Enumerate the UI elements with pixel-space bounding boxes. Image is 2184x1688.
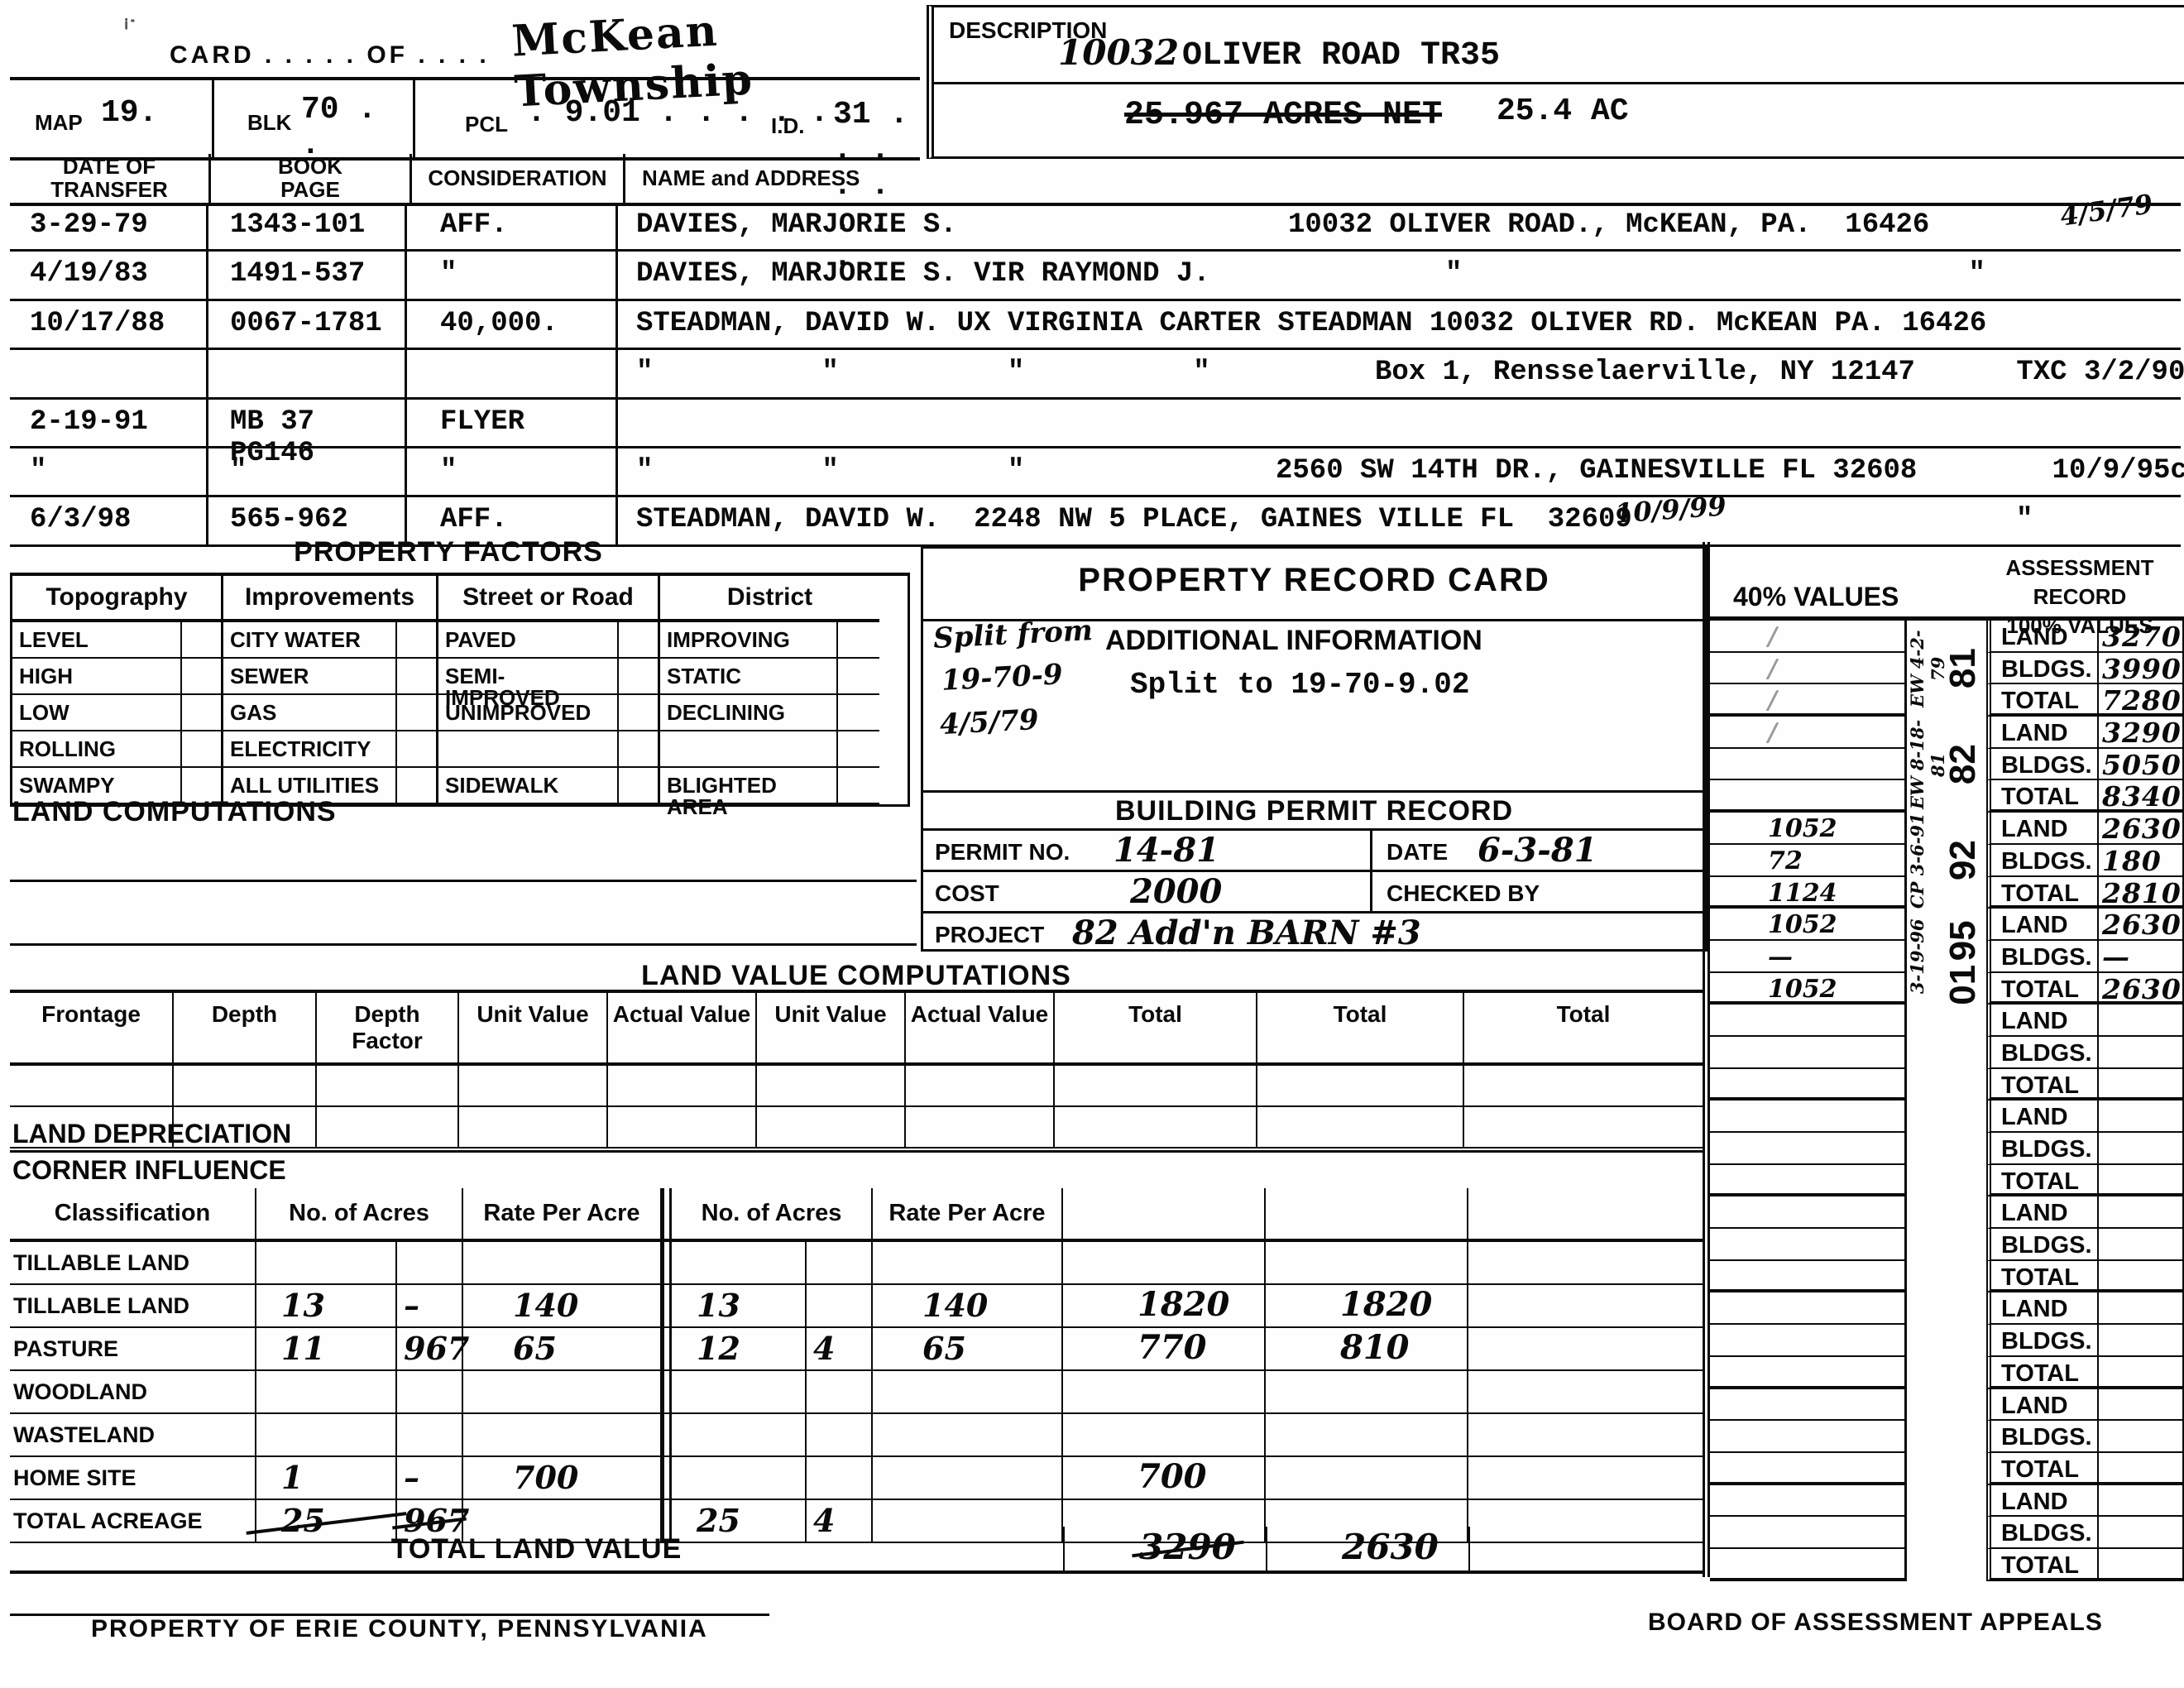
assessment-row-label: BLDGS. [1986,749,2097,781]
corner-influence-label: CORNER INFLUENCE [12,1155,286,1186]
col-header-name-address: NAME and ADDRESS [625,154,2181,203]
assessment-row-label: TOTAL [1986,1453,2097,1485]
cls-row-name: TILLABLE LAND [10,1242,256,1285]
assessment-row-label: LAND [1986,1292,2097,1325]
split-from-date: 4/5/79 [939,703,1039,741]
cls-header-rate-1: Rate Per Acre [463,1188,662,1242]
lvc-header-total-1: Total [1055,993,1257,1066]
transfer-row: " " " " Box 1, Rensselaerville, NY 12147… [10,350,2181,399]
cls-acres-frac-2 [807,1414,873,1457]
assessment-row-label: TOTAL [1986,780,2097,813]
assessment-row-label: TOTAL [1986,1069,2097,1101]
permit-date-label: DATE [1387,839,1448,866]
assessment-value: 8340 [2097,780,2184,813]
col-header-consideration-text: CONSIDERATION [428,167,606,189]
lvc-header-actual-value-1: Actual Value [608,993,757,1066]
forty-percent-value [1710,1196,1907,1229]
map-value: 19. [101,95,157,131]
assessment-value: 2810 [2097,877,2184,909]
cls-rate-2 [873,1371,1063,1414]
assessment-value [2097,1453,2184,1485]
assessment-row-label: LAND [1986,1196,2097,1229]
assessment-value [2097,1133,2184,1165]
assessment-value: 180 [2097,845,2184,877]
assessment-row-label: BLDGS. [1986,1037,2097,1069]
total-land-value-new: 2630 [1342,1527,1439,1567]
lvc-header-depth: Depth [174,993,317,1066]
transfer-name-address: DAVIES, MARJORIE S. VIR RAYMOND J. " " [618,252,2181,298]
description-house-number: 10032 [1058,32,1179,73]
forty-percent-value: 72 [1710,845,1907,877]
assessment-row-label: BLDGS. [1986,1421,2097,1453]
transfer-address: 10032 OLIVER ROAD., McKEAN, PA. 16426 [1288,209,1929,241]
cls-acres-frac-1 [397,1371,463,1414]
cls-rate-2: 140 [873,1285,1063,1328]
factor-checkbox [397,768,438,804]
cls-divider [662,1414,672,1457]
cls-divider [662,1285,672,1328]
property-factors-title: PROPERTY FACTORS [10,536,887,568]
transfer-handwritten-note: 10/9/99 [1614,491,1727,530]
assessment-row-label: TOTAL [1986,973,2097,1005]
col-header-date-of-transfer: DATE OF TRANSFER [10,154,211,203]
factor-checkbox [838,768,879,804]
lvc-empty-cell [317,1107,459,1149]
assessment-row-label: BLDGS. [1986,1517,2097,1549]
lvc-empty-cell [757,1107,906,1149]
lvc-empty-cell [317,1066,459,1107]
transfer-consideration: AFF. [407,203,618,249]
transfer-name: STEADMAN, DAVID W. UX VIRGINIA CARTER ST… [636,308,1986,339]
cls-header-rate-2: Rate Per Acre [873,1188,1063,1242]
assessor-date-note [1907,1389,1947,1485]
cls-total-3 [1468,1285,1703,1328]
permit-date-value: 6-3-81 [1478,831,1597,870]
lvc-empty-cell [174,1066,317,1107]
transfer-address: " [2016,504,2033,535]
cost-value: 2000 [1130,872,1222,911]
lvc-empty-cell [459,1107,608,1149]
assessment-value [2097,1357,2184,1389]
forty-percent-values-header: 40% VALUES [1733,582,1899,612]
lvc-empty-cell [1257,1066,1464,1107]
factor-item: GAS [223,695,397,731]
assessment-value: 2630 [2097,973,2184,1005]
factor-checkbox [182,622,223,659]
rule-line [10,1150,1703,1153]
col-header-date-line1: DATE OF [63,156,156,178]
assessment-row-label: BLDGS. [1986,1325,2097,1357]
lvc-header-unit-value-2: Unit Value [757,993,906,1066]
cls-acres-1: 1 [256,1457,397,1500]
forty-percent-value [1710,1037,1907,1069]
cls-total-3 [1468,1328,1703,1371]
assessment-year: 82 [1947,717,1986,813]
factor-item [438,731,619,768]
transfer-rows: 3-29-79 1343-101 AFF. DAVIES, MARJORIE S… [10,203,2181,547]
corner-mark: ⁱ˙ [124,15,136,44]
transfer-date: " [10,448,208,495]
transfer-name: " " " [636,455,1024,487]
assessment-year: 81 [1947,621,1986,717]
transfer-name: STEADMAN, DAVID W. 2248 NW 5 PLACE, GAIN… [636,504,1632,535]
factor-item: PAVED [438,622,619,659]
cls-acres-2: 13 [672,1285,807,1328]
lvc-header-frontage: Frontage [10,993,174,1066]
transfer-consideration: 40,000. [407,301,618,348]
split-from-note: Split from [932,614,1094,655]
assessment-row-label: LAND [1986,717,2097,749]
project-label: PROJECT [935,922,1044,948]
assessment-panel: 40% VALUES ASSESSMENT RECORD 100% VALUES… [1703,542,2184,1577]
cls-header-total-blank-1 [1063,1188,1266,1242]
transfer-name: DAVIES, MARJORIE S. VIR RAYMOND J. [636,258,1210,290]
transfer-row: " " " " " " 2560 SW 14TH DR., GAINESVILL… [10,448,2181,497]
factor-checkbox [182,695,223,731]
assessment-value [2097,1325,2184,1357]
description-row: DESCRIPTION 10032 OLIVER ROAD TR35 [934,7,2184,84]
transfer-date [10,350,208,396]
factor-checkbox [838,622,879,659]
factors-col-improvements: Improvements [223,576,438,622]
cls-total-3 [1468,1457,1703,1500]
forty-percent-value [1710,1133,1907,1165]
cls-total-1 [1063,1371,1266,1414]
cls-header-total-blank-3 [1468,1188,1703,1242]
assessment-value [2097,1005,2184,1037]
cls-acres-frac-1 [397,1242,463,1285]
cls-row-name: PASTURE [10,1328,256,1371]
col-header-book-line2: PAGE [280,179,340,201]
permit-row-1: PERMIT NO. 14-81 DATE 6-3-81 [923,828,1705,872]
assessor-date-note [1907,1005,1947,1101]
assessment-row-label: LAND [1986,1005,2097,1037]
lvc-empty-cell [10,1066,174,1107]
transfer-consideration: " [407,252,618,298]
additional-information-box: ADDITIONAL INFORMATION Split to 19-70-9.… [921,616,1707,793]
cls-header-classification: Classification [10,1188,256,1242]
cls-total-1: 770 [1063,1328,1266,1371]
description-value: OLIVER ROAD TR35 [1182,37,1500,74]
lvc-header-total-3: Total [1464,993,1703,1066]
cls-divider [662,1457,672,1500]
assessment-row-label: LAND [1986,909,2097,941]
cls-rate-2 [873,1242,1063,1285]
cls-acres-frac-2: 4 [807,1328,873,1371]
assessment-row-label: BLDGS. [1986,845,2097,877]
total-land-value-new-cell: 2630 [1266,1527,1468,1571]
rule-line [10,880,917,882]
factor-item: LEVEL [12,622,182,659]
transfer-address: 2560 SW 14TH DR., GAINESVILLE FL 32608 1… [1276,455,2184,487]
total-land-value-empty-cell [1468,1527,1703,1571]
factor-item: SEMI-IMPROVED [438,659,619,695]
forty-percent-value [1710,1229,1907,1261]
transfer-row: 3-29-79 1343-101 AFF. DAVIES, MARJORIE S… [10,203,2181,252]
factor-item [660,731,838,768]
additional-information-label: ADDITIONAL INFORMATION [1105,625,1482,657]
assessment-value: 3990 [2097,653,2184,685]
assessment-value [2097,1389,2184,1422]
cls-acres-frac-1: 967 [397,1328,463,1371]
cls-total-2 [1266,1371,1468,1414]
assessment-value [2097,1196,2184,1229]
assessment-value [2097,1037,2184,1069]
property-record-card-title: PROPERTY RECORD CARD [923,562,1705,599]
assessment-row-label: LAND [1986,621,2097,653]
transfer-name-address: STEADMAN, DAVID W. UX VIRGINIA CARTER ST… [618,301,2181,348]
lvc-header-actual-value-2: Actual Value [906,993,1055,1066]
cls-acres-1: 11 [256,1328,397,1371]
cls-acres-1 [256,1371,397,1414]
land-value-computations-title: LAND VALUE COMPUTATIONS [10,960,1703,992]
cls-acres-frac-1: – [397,1285,463,1328]
cls-acres-frac-2 [807,1242,873,1285]
cls-acres-2 [672,1457,807,1500]
factors-col-street: Street or Road [438,576,660,622]
transfer-consideration: " [407,448,618,495]
building-permit-title: BUILDING PERMIT RECORD [923,795,1705,827]
assessment-year: 95 [1947,909,1986,972]
cost-label: COST [935,880,999,907]
forty-percent-value: 1124 [1710,877,1907,909]
cls-acres-1 [256,1242,397,1285]
total-land-value-old-cell: 3290 [1063,1527,1266,1571]
land-computations-title: LAND COMPUTATIONS [12,796,337,828]
assessor-date-note [1907,1292,1947,1388]
forty-percent-value [1710,1389,1907,1422]
factors-col-district: District [660,576,879,622]
cls-rate-1 [463,1371,662,1414]
total-land-value-row: TOTAL LAND VALUE 3290 2630 [10,1527,1703,1574]
property-record-card-scan: ⁱ˙ CARD . . . . . OF . . . . McKean Town… [0,0,2184,1688]
forty-percent-value: — [1710,941,1907,973]
forty-percent-value [1710,1517,1907,1549]
assessment-row-label: TOTAL [1986,1165,2097,1197]
factor-item: ELECTRICITY [223,731,397,768]
transfer-row: 2-19-91 MB 37 PG146 FLYER [10,400,2181,448]
cls-acres-frac-2 [807,1457,873,1500]
factor-item: BLIGHTED AREA [660,768,838,804]
cls-rate-2 [873,1414,1063,1457]
property-record-card-box: PROPERTY RECORD CARD [921,546,1707,621]
factor-checkbox [182,659,223,695]
factor-item: ROLLING [12,731,182,768]
factor-checkbox [838,695,879,731]
transfer-date: 4/19/83 [10,252,208,298]
transfer-name: " " " " [636,357,1210,388]
assessment-value [2097,1101,2184,1133]
factor-checkbox [619,768,660,804]
transfer-date: 10/17/88 [10,301,208,348]
forty-percent-value [1710,1292,1907,1325]
total-land-value-label: TOTAL LAND VALUE [10,1533,1063,1566]
cls-acres-2 [672,1242,807,1285]
assessment-year [1947,1196,1986,1292]
lvc-header-depth-factor: Depth Factor [317,993,459,1066]
transfer-name-address [618,400,2181,446]
factors-col-topography: Topography [12,576,223,622]
assessment-row-label: TOTAL [1986,1357,2097,1389]
forty-percent-value: 1052 [1710,973,1907,1005]
assessor-date-note: CP 3-6-91 [1907,813,1947,909]
lvc-header-unit-value-1: Unit Value [459,993,608,1066]
footer-county-text: PROPERTY OF ERIE COUNTY, PENNSYLVANIA [91,1615,708,1643]
cls-acres-frac-2 [807,1285,873,1328]
map-label: MAP [35,110,83,136]
map-cell: MAP 19. [10,80,214,157]
transfer-consideration [407,350,618,396]
factor-item: STATIC [660,659,838,695]
assessment-value: 3270 [2097,621,2184,653]
cls-acres-frac-1: – [397,1457,463,1500]
lvc-empty-cell [1055,1066,1257,1107]
cls-divider [662,1371,672,1414]
lvc-empty-cell [1055,1107,1257,1149]
parcel-id-row: MAP 19. BLK 70 . . PCL . 9.01 . . . . . … [10,77,920,161]
forty-percent-value [1710,1485,1907,1518]
forty-percent-value [1710,1101,1907,1133]
assessment-value [2097,1261,2184,1293]
assessment-row-label: TOTAL [1986,877,2097,909]
assessment-value [2097,1421,2184,1453]
permit-divider [1370,828,1372,911]
description-panel: DESCRIPTION 10032 OLIVER ROAD TR35 25.96… [927,5,2184,159]
forty-percent-value [1710,749,1907,781]
forty-percent-value: 1052 [1710,909,1907,941]
transfer-name: DAVIES, MARJORIE S. [636,209,957,241]
cls-rate-1: 700 [463,1457,662,1500]
cls-acres-1 [256,1414,397,1457]
cls-rate-1 [463,1414,662,1457]
cls-total-2 [1266,1242,1468,1285]
forty-percent-value: / [1710,717,1907,749]
assessment-year [1947,1292,1986,1388]
cls-total-1: 1820 [1063,1285,1266,1328]
land-depreciation-label: LAND DEPRECIATION [12,1119,291,1149]
cls-row-name: WOODLAND [10,1371,256,1414]
factor-item: DECLINING [660,695,838,731]
permit-row-2: COST 2000 CHECKED BY [923,870,1705,914]
forty-percent-value [1710,1325,1907,1357]
forty-percent-value [1710,1005,1907,1037]
assessment-row-label: BLDGS. [1986,1133,2097,1165]
transfer-name-address: " " " 2560 SW 14TH DR., GAINESVILLE FL 3… [618,448,2181,495]
assessor-date-note: EW 8-18-81 [1907,717,1947,813]
cls-row-name: WASTELAND [10,1414,256,1457]
assessment-year [1947,1485,1986,1581]
assessment-value [2097,1292,2184,1325]
factor-checkbox [619,695,660,731]
assessor-date-note [1907,1485,1947,1581]
cls-acres-2: 12 [672,1328,807,1371]
lvc-empty-cell [757,1066,906,1107]
transfer-date: 2-19-91 [10,400,208,446]
cls-total-1 [1063,1414,1266,1457]
assessment-row-label: LAND [1986,813,2097,845]
assessment-value [2097,1069,2184,1101]
forty-percent-value: 1052 [1710,813,1907,845]
cls-row-name: HOME SITE [10,1457,256,1500]
assessment-row-label: LAND [1986,1485,2097,1518]
assessor-date-note [1907,1101,1947,1196]
classification-table: Classification No. of Acres Rate Per Acr… [10,1188,1703,1543]
assessment-grid: /EW 4-2-7981LAND3270/BLDGS.3990/TOTAL728… [1710,616,2184,1581]
cls-acres-1: 13 [256,1285,397,1328]
forty-percent-value [1710,1549,1907,1581]
assessment-value [2097,1549,2184,1581]
transfer-book-page: 1491-537 [208,252,407,298]
factor-item: CITY WATER [223,622,397,659]
cls-header-total-blank-2 [1266,1188,1468,1242]
factor-checkbox [397,731,438,768]
transfer-book-page: 0067-1781 [208,301,407,348]
factor-item: LOW [12,695,182,731]
col-header-date-line2: TRANSFER [50,179,168,201]
cls-divider [662,1242,672,1285]
permit-no-value: 14-81 [1114,831,1219,870]
factor-item: IMPROVING [660,622,838,659]
transfer-name-address: DAVIES, MARJORIE S. 10032 OLIVER ROAD., … [618,203,2181,249]
transfer-table-header: DATE OF TRANSFER BOOK PAGE CONSIDERATION… [10,154,2181,206]
forty-percent-value [1710,1165,1907,1197]
assessment-year: 92 [1947,813,1986,909]
cls-header-acres-2: No. of Acres [672,1188,873,1242]
forty-percent-value [1710,1357,1907,1389]
assessment-record-title: ASSESSMENT RECORD [1976,554,2183,611]
factor-checkbox [838,659,879,695]
cls-rate-1: 140 [463,1285,662,1328]
blk-value: 70 . . [301,92,413,163]
col-header-book-page: BOOK PAGE [211,154,412,203]
cls-total-2 [1266,1457,1468,1500]
assessment-value: 2630 [2097,909,2184,941]
assessment-year [1947,1389,1986,1485]
assessment-value: 7280 [2097,684,2184,717]
forty-percent-value: / [1710,684,1907,717]
cls-total-3 [1468,1371,1703,1414]
forty-percent-value [1710,1261,1907,1293]
factor-checkbox [619,659,660,695]
lvc-empty-cell [608,1107,757,1149]
pcl-label: PCL [465,112,508,137]
cls-total-1: 700 [1063,1457,1266,1500]
factor-checkbox [397,622,438,659]
permit-no-label: PERMIT NO. [935,839,1070,866]
assessment-value [2097,1517,2184,1549]
assessment-row-label: TOTAL [1986,1549,2097,1581]
factor-item: SEWER [223,659,397,695]
forty-percent-value [1710,1453,1907,1485]
additional-information-value: Split to 19-70-9.02 [1130,668,1469,702]
factor-checkbox [619,731,660,768]
assessor-date-note [1907,1196,1947,1292]
transfer-address: " " [1445,258,1985,290]
rule-line [10,943,917,946]
assessment-year [1947,1101,1986,1196]
col-header-name-text: NAME and ADDRESS [642,167,860,189]
cls-rate-1: 65 [463,1328,662,1371]
lvc-empty-cell [1464,1066,1703,1107]
lvc-header-total-2: Total [1257,993,1464,1066]
cls-acres-frac-2 [807,1371,873,1414]
transfer-address: Box 1, Rensselaerville, NY 12147 TXC 3/2… [1375,357,2184,388]
cls-rate-2 [873,1457,1063,1500]
transfer-row: 10/17/88 0067-1781 40,000. STEADMAN, DAV… [10,301,2181,350]
pcl-id-cell: PCL . 9.01 . . . . . I.D. 31 . . . . . .… [415,80,920,157]
assessment-value: 5050 [2097,749,2184,781]
transfer-book-page [208,350,407,396]
